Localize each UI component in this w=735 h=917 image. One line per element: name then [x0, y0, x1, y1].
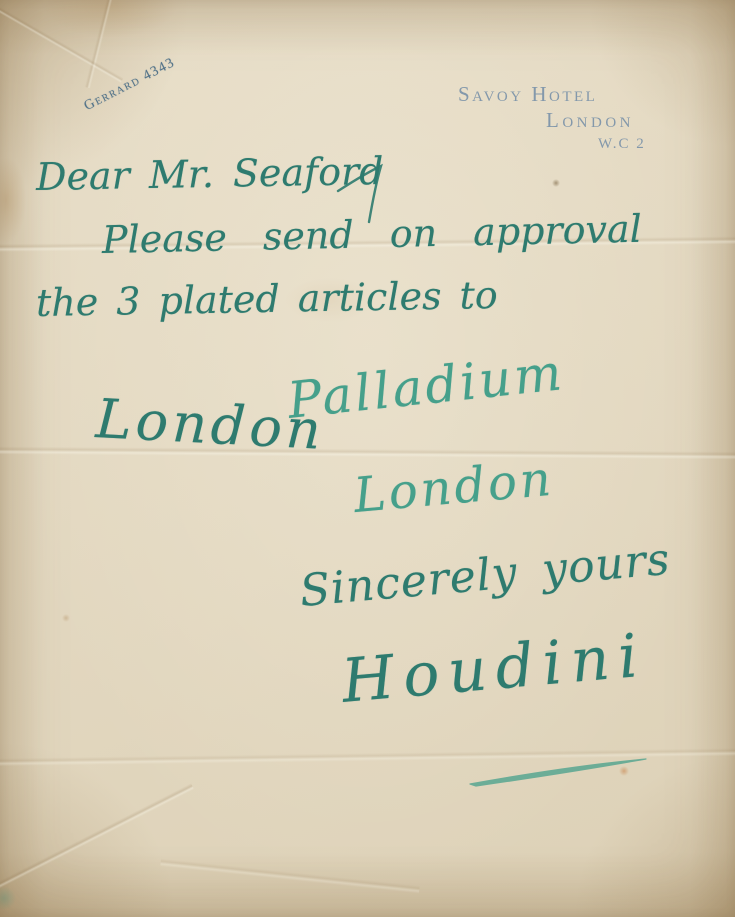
- letterhead-postcode: W.C 2: [598, 137, 646, 152]
- letterhead-hotel-name: Savoy Hotel: [458, 84, 597, 105]
- letter-photo: Gerrard 4343 Savoy Hotel London W.C 2 De…: [0, 0, 735, 917]
- letterhead-city: London: [546, 110, 634, 131]
- request-line-2: the 3 plated articles to: [36, 276, 498, 322]
- salutation-line: Dear Mr. Seaford: [36, 152, 384, 196]
- request-line-1: Please send on approval: [102, 210, 643, 259]
